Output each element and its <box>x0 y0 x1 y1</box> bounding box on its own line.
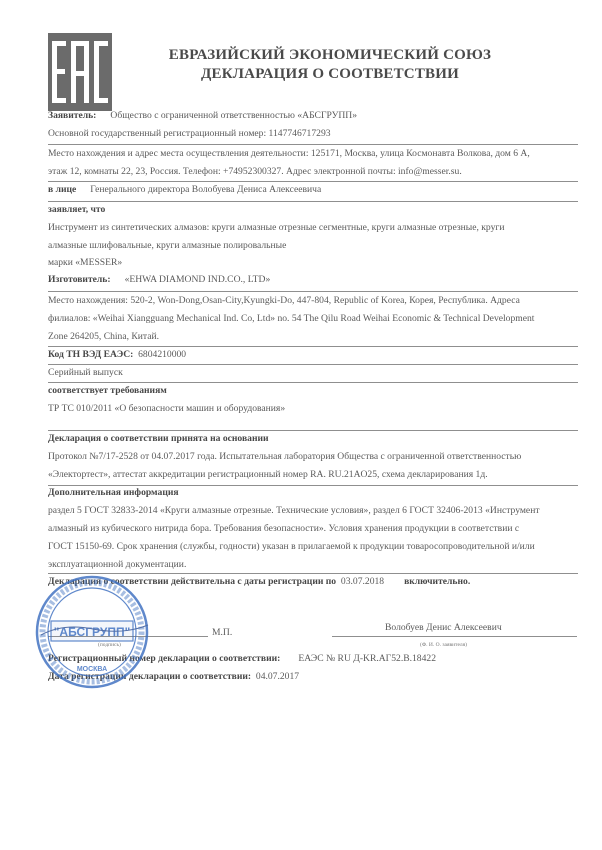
additional-label: Дополнительная информация <box>48 487 179 499</box>
title-declaration: ДЕКЛАРАЦИЯ О СООТВЕТСТВИИ <box>160 65 500 84</box>
name-line <box>332 636 577 637</box>
person-value: Генерального директора Волобуева Дениса … <box>90 184 321 195</box>
brand: марки «MESSER» <box>48 257 122 269</box>
basis-line-1: Протокол №7/17-2528 от 04.07.2017 года. … <box>48 451 521 463</box>
title-union: ЕВРАЗИЙСКИЙ ЭКОНОМИЧЕСКИЙ СОЮЗ <box>160 46 500 65</box>
svg-text:МОСКВА: МОСКВА <box>77 666 107 673</box>
basis-label: Декларация о соответствии принята на осн… <box>48 433 269 445</box>
additional-line-4: эксплуатационной документации. <box>48 559 186 571</box>
declares-label: заявляет, что <box>48 204 105 216</box>
divider <box>48 430 578 431</box>
manufacturer-address-3: Zone 264205, China, Китай. <box>48 331 159 343</box>
divider <box>48 144 578 145</box>
signatory-name: Волобуев Денис Алексеевич <box>385 622 502 634</box>
product-line-1: Инструмент из синтетических алмазов: кру… <box>48 222 504 234</box>
basis-line-2: «Электортест», аттестат аккредитации рег… <box>48 469 488 481</box>
manufacturer-value: «EHWA DIAMOND IND.CO., LTD» <box>125 274 271 285</box>
divider <box>48 201 578 202</box>
additional-line-1: раздел 5 ГОСТ 32833-2014 «Круги алмазные… <box>48 505 540 517</box>
name-caption: (Ф. И. О. заявителя) <box>420 639 467 651</box>
ogrn: Основной государственный регистрационный… <box>48 128 331 140</box>
eac-logo <box>48 33 112 111</box>
divider <box>48 364 578 365</box>
requirements-value: ТР ТС 010/2011 «О безопасности машин и о… <box>48 403 285 415</box>
code-row: Код ТН ВЭД ЕАЭС: 6804210000 <box>48 349 186 361</box>
manufacturer-row: Изготовитель:«EHWA DIAMOND IND.CO., LTD» <box>48 274 270 286</box>
divider <box>48 181 578 182</box>
applicant-value: Общество с ограниченной ответственностью… <box>110 110 357 121</box>
document-title: ЕВРАЗИЙСКИЙ ЭКОНОМИЧЕСКИЙ СОЮЗ ДЕКЛАРАЦИ… <box>160 46 500 84</box>
manufacturer-label: Изготовитель: <box>48 274 111 285</box>
release-type: Серийный выпуск <box>48 367 123 379</box>
divider <box>48 485 578 486</box>
product-line-2: алмазные шлифовальные, круги алмазные по… <box>48 240 286 252</box>
registration-number-value: ЕАЭС № RU Д-KR.АГ52.В.18422 <box>298 653 436 664</box>
person-label: в лице <box>48 184 76 195</box>
stamp-seal-icon: "АБСГРУПП" МОСКВА <box>33 573 151 691</box>
applicant-address-1: Место нахождения и адрес места осуществл… <box>48 148 530 160</box>
applicant-label: Заявитель: <box>48 110 96 121</box>
code-value: 6804210000 <box>138 349 186 360</box>
manufacturer-address-2: филиалов: «Weihai Xiangguang Mechanical … <box>48 313 534 325</box>
person-row: в лицеГенерального директора Волобуева Д… <box>48 184 321 196</box>
divider <box>48 382 578 383</box>
registration-date-value: 04.07.2017 <box>256 671 299 682</box>
additional-line-2: алмазный из кубического нитрида бора. Тр… <box>48 523 519 535</box>
requirements-label: соответствует требованиям <box>48 385 167 397</box>
seal-mark: М.П. <box>212 627 232 639</box>
code-label: Код ТН ВЭД ЕАЭС: <box>48 349 133 360</box>
validity-suffix: включительно. <box>404 576 470 587</box>
divider <box>48 291 578 292</box>
divider <box>48 346 578 347</box>
manufacturer-address-1: Место нахождения: 520-2, Won-Dong,Osan-C… <box>48 295 520 307</box>
applicant-row: Заявитель:Общество с ограниченной ответс… <box>48 110 357 122</box>
validity-date: 03.07.2018 <box>341 576 384 587</box>
additional-line-3: ГОСТ 15150-69. Срок хранения (службы, го… <box>48 541 535 553</box>
company-stamp: "АБСГРУПП" МОСКВА <box>33 573 151 691</box>
applicant-address-2: этаж 12, комнаты 22, 23, Россия. Телефон… <box>48 166 462 178</box>
eac-mark-icon <box>48 33 112 111</box>
